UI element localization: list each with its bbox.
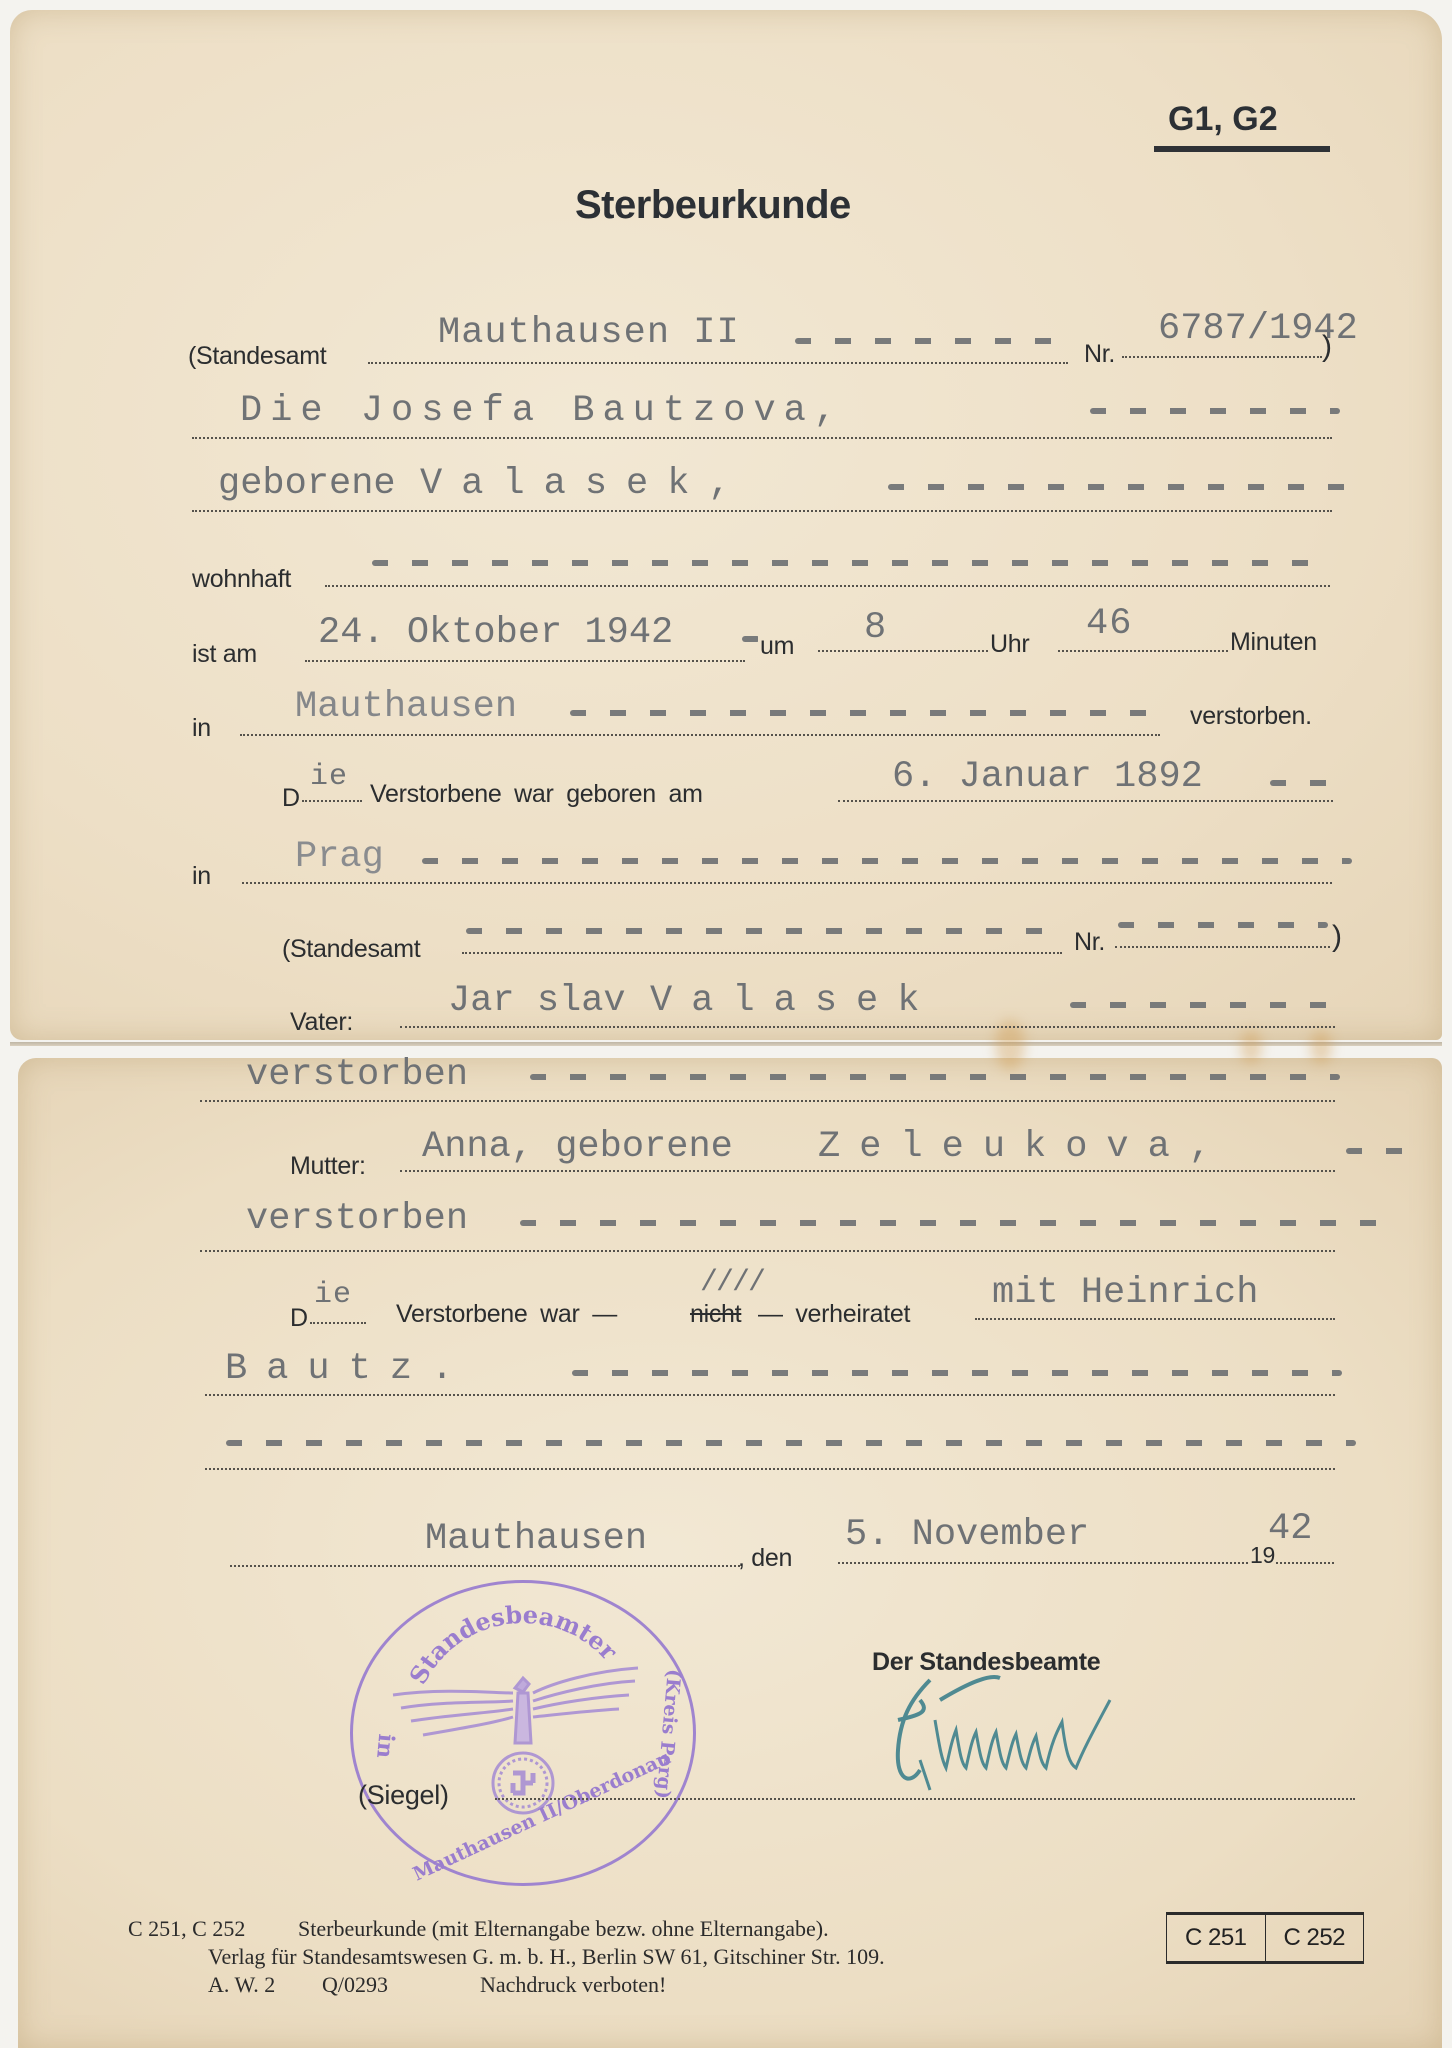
label-vater: Vater: xyxy=(290,1008,353,1037)
birth-place: Prag xyxy=(295,836,384,878)
form-code-underline xyxy=(1154,146,1330,152)
mother-last-name: Zeleukova, xyxy=(818,1126,1230,1168)
dash-filler xyxy=(466,928,1056,934)
field-line xyxy=(240,734,1160,736)
label-married-b: — verheiratet xyxy=(758,1300,910,1329)
d-suffix-marriage: ie xyxy=(314,1278,352,1312)
field-line xyxy=(1122,356,1322,358)
father-first-name: Jar slav xyxy=(448,980,626,1022)
deceased-birth-name: Valasek, xyxy=(420,463,750,505)
label-married-a: Verstorbene war — xyxy=(396,1300,617,1329)
birth-name-prefix: geborene xyxy=(218,463,396,505)
d-suffix: ie xyxy=(310,760,348,794)
dash-filler xyxy=(422,858,1352,864)
field-line xyxy=(200,1100,1335,1102)
dash-filler xyxy=(1270,780,1340,786)
official-seal-stamp: Standesbeamter in Mauthausen II/Oberdona… xyxy=(350,1580,696,1886)
label-verstorben: verstorben. xyxy=(1190,702,1312,731)
dash-filler xyxy=(570,710,1160,716)
deceased-name: Die Josefa Bautzova, xyxy=(240,390,844,432)
dash-filler xyxy=(742,636,760,642)
field-line xyxy=(1058,650,1228,652)
form-code-cell: C 251 xyxy=(1166,1915,1265,1961)
field-line xyxy=(838,1562,1248,1564)
footer-codes: C 251, C 252 xyxy=(128,1916,245,1942)
dash-filler xyxy=(1070,1002,1340,1008)
label-den: , den xyxy=(738,1544,792,1573)
field-line xyxy=(1276,1562,1334,1564)
footer-line1: Sterbeurkunde (mit Elternangabe bezw. oh… xyxy=(298,1916,829,1942)
field-line xyxy=(230,1565,740,1567)
field-line xyxy=(205,1468,1335,1470)
field-line xyxy=(818,650,988,652)
field-line xyxy=(400,1026,1335,1028)
field-line xyxy=(242,882,1332,884)
form-code: G1, G2 xyxy=(1168,100,1278,139)
label-d-marriage: D xyxy=(290,1304,308,1333)
death-hour: 8 xyxy=(864,607,887,649)
close-paren: ) xyxy=(1332,920,1342,954)
label-uhr: Uhr xyxy=(990,630,1029,659)
fold-crease xyxy=(10,1042,1442,1046)
field-line xyxy=(400,1170,1335,1172)
label-d: D xyxy=(282,784,300,813)
dash-filler xyxy=(520,1220,1400,1226)
field-line xyxy=(368,362,1068,364)
field-line xyxy=(192,510,1332,512)
year-suffix: 42 xyxy=(1268,1508,1312,1550)
mother-first-name: Anna, geborene xyxy=(422,1126,733,1168)
close-paren: ) xyxy=(1322,330,1332,364)
label-standesamt: (Standesamt xyxy=(188,342,326,371)
strikeout-marks: //// xyxy=(700,1266,764,1300)
stain xyxy=(1240,1030,1262,1064)
field-line xyxy=(1115,946,1330,948)
wohnhaft-dash-filler xyxy=(372,560,1332,566)
death-place: Mauthausen xyxy=(295,686,517,728)
form-code-box: C 251 C 252 xyxy=(1166,1912,1364,1964)
field-line xyxy=(302,800,362,802)
label-born-sentence: Verstorbene war geboren am xyxy=(370,780,703,809)
standesamt-value: Mauthausen II xyxy=(438,312,740,354)
label-in: in xyxy=(192,714,211,743)
stain xyxy=(1310,1030,1332,1064)
label-mutter: Mutter: xyxy=(290,1152,366,1181)
field-line xyxy=(325,585,1330,587)
dash-filler xyxy=(1090,408,1340,414)
field-line xyxy=(305,660,745,662)
label-ist-am: ist am xyxy=(192,640,257,669)
field-line xyxy=(975,1318,1335,1320)
label-birth-nr: Nr. xyxy=(1074,928,1105,957)
label-in-birth: in xyxy=(192,862,211,891)
birth-date: 6. Januar 1892 xyxy=(892,756,1203,798)
issue-date: 5. November xyxy=(845,1514,1089,1556)
father-status: verstorben xyxy=(246,1054,468,1096)
issue-place: Mauthausen xyxy=(425,1518,647,1560)
label-wohnhaft: wohnhaft xyxy=(192,565,291,594)
label-um: um xyxy=(760,632,794,661)
handwritten-signature xyxy=(880,1660,1200,1810)
footer-qcode: Q/0293 xyxy=(322,1972,388,1998)
dash-filler xyxy=(1118,922,1328,928)
dash-filler xyxy=(226,1440,1356,1446)
footer-aw: A. W. 2 xyxy=(208,1972,275,1998)
dash-filler xyxy=(572,1370,1342,1376)
mother-status: verstorben xyxy=(246,1198,468,1240)
field-line xyxy=(838,800,1333,802)
dash-filler xyxy=(795,338,1065,344)
dash-filler xyxy=(530,1074,1340,1080)
footer-publisher: Verlag für Standesamtswesen G. m. b. H.,… xyxy=(208,1944,885,1970)
form-code-cell: C 252 xyxy=(1265,1915,1365,1961)
field-line xyxy=(200,1250,1335,1252)
label-minuten: Minuten xyxy=(1230,628,1317,657)
field-line xyxy=(462,952,1062,954)
field-line xyxy=(310,1322,366,1324)
death-minutes: 46 xyxy=(1086,603,1132,645)
label-nr: Nr. xyxy=(1084,340,1115,369)
field-line xyxy=(205,1394,1335,1396)
document-upper-half xyxy=(10,10,1442,1040)
label-nicht-struck: nicht xyxy=(690,1300,741,1329)
dash-filler xyxy=(888,484,1348,490)
spouse-first: mit Heinrich xyxy=(992,1272,1258,1314)
label-seal: (Siegel) xyxy=(358,1780,449,1811)
label-birth-standesamt: (Standesamt xyxy=(282,935,420,964)
field-line xyxy=(192,437,1332,439)
document-lower-half xyxy=(18,1058,1442,2048)
footer-no-reprint: Nachdruck verboten! xyxy=(480,1972,666,1998)
father-last-name: Valasek xyxy=(650,980,938,1022)
spouse-last: Bautz. xyxy=(225,1348,472,1390)
document-title: Sterbeurkunde xyxy=(575,183,851,228)
stamp-text-left: in xyxy=(371,1733,399,1760)
eagle-emblem-icon: Standesbeamter xyxy=(353,1583,693,1883)
dash-filler xyxy=(1346,1148,1408,1154)
death-date: 24. Oktober 1942 xyxy=(318,612,673,654)
